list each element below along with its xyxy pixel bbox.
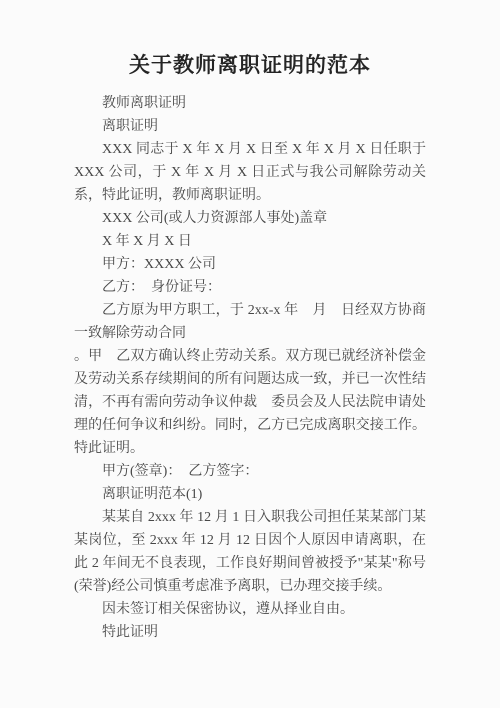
document-page: 关于教师离职证明的范本 教师离职证明 离职证明 XXX 同志于 X 年 X 月 …	[0, 0, 500, 708]
paragraph-date: X 年 X 月 X 日	[74, 230, 426, 253]
paragraph-confidentiality: 因未签订相关保密协议，遵从择业自由。	[74, 598, 426, 621]
paragraph-party-b: 乙方： 身份证号：	[74, 276, 426, 299]
document-title: 关于教师离职证明的范本	[0, 0, 500, 80]
paragraph-certify-statement: XXX 同志于 X 年 X 月 X 日至 X 年 X 月 X 日任职于 XXX …	[74, 138, 426, 207]
paragraph-sample-heading: 离职证明范本(1)	[74, 483, 426, 506]
paragraph-company-seal: XXX 公司(或人力资源部人事处)盖章	[74, 207, 426, 230]
paragraph-termination-intro: 乙方原为甲方职工，于 2xx-x 年 月 日经双方协商一致解除劳动合同	[74, 299, 426, 345]
paragraph-sample-body: 某某自 2xxx 年 12 月 1 日入职我公司担任某某部门某某岗位，至 2xx…	[74, 506, 426, 598]
paragraph-termination-body: 。甲 乙双方确认终止劳动关系。双方现已就经济补偿金及劳动关系存续期间的所有问题达…	[74, 345, 426, 460]
paragraph-subtitle: 教师离职证明	[74, 92, 426, 115]
paragraph-signatures: 甲方(签章)： 乙方签字：	[74, 460, 426, 483]
paragraph-closing: 特此证明	[74, 621, 426, 644]
document-body: 教师离职证明 离职证明 XXX 同志于 X 年 X 月 X 日至 X 年 X 月…	[74, 92, 426, 644]
paragraph-party-a: 甲方：XXXX 公司	[74, 253, 426, 276]
paragraph-heading: 离职证明	[74, 115, 426, 138]
